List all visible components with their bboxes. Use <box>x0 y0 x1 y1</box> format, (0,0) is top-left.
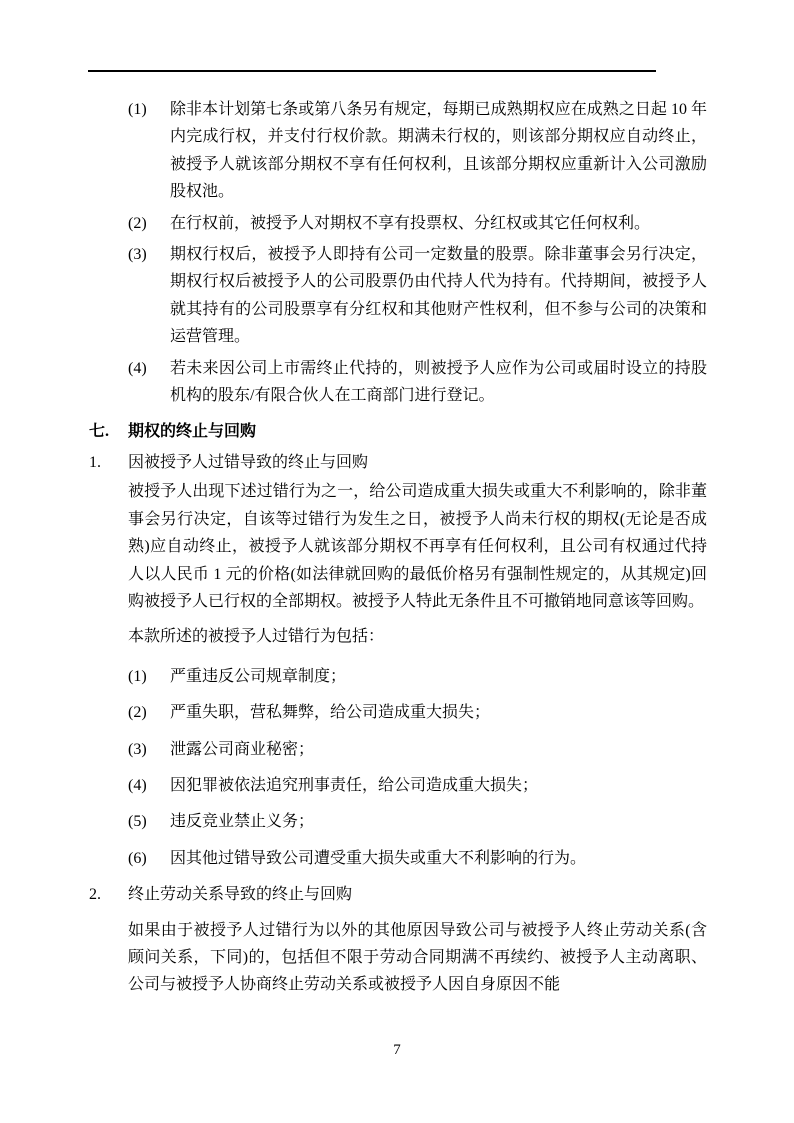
document-page: (1) 除非本计划第七条或第八条另有规定，每期已成熟期权应在成熟之日起 10 年… <box>0 0 794 1123</box>
page-number: 7 <box>0 1040 794 1060</box>
list-item-marker: (5) <box>128 808 170 835</box>
list-item: (6) 因其他过错导致公司遭受重大损失或重大不利影响的行为。 <box>128 845 707 872</box>
list-item-marker: (4) <box>128 772 170 799</box>
subsection-marker: 1. <box>89 449 128 476</box>
list-item-marker: (3) <box>128 241 170 351</box>
subsection-title: 终止劳动关系导致的终止与回购 <box>128 881 707 908</box>
subsection-title: 因被授予人过错导致的终止与回购 <box>128 449 707 476</box>
list-item-marker: (3) <box>128 736 170 763</box>
list-item: (2) 在行权前，被授予人对期权不享有投票权、分红权或其它任何权利。 <box>128 210 707 237</box>
list-item-marker: (1) <box>128 96 170 206</box>
list-item: (4) 因犯罪被依法追究刑事责任，给公司造成重大损失； <box>128 772 707 799</box>
list-item: (3) 期权行权后，被授予人即持有公司一定数量的股票。除非董事会另行决定，期权行… <box>128 241 707 351</box>
list-item-marker: (6) <box>128 845 170 872</box>
header-rule <box>88 70 656 72</box>
list-item-marker: (2) <box>128 210 170 237</box>
list-item: (5) 违反竞业禁止义务； <box>128 808 707 835</box>
list-item-marker: (1) <box>128 663 170 690</box>
section-heading-title: 期权的终止与回购 <box>128 418 707 445</box>
list-item-text: 违反竞业禁止义务； <box>170 808 707 835</box>
list-item: (1) 除非本计划第七条或第八条另有规定，每期已成熟期权应在成熟之日起 10 年… <box>128 96 707 206</box>
list-item-text: 严重违反公司规章制度； <box>170 663 707 690</box>
subsection-heading: 2. 终止劳动关系导致的终止与回购 <box>89 881 707 908</box>
list-item-text: 除非本计划第七条或第八条另有规定，每期已成熟期权应在成熟之日起 10 年内完成行… <box>170 96 707 206</box>
section-heading: 七. 期权的终止与回购 <box>89 418 707 445</box>
body-paragraph: 被授予人出现下述过错行为之一，给公司造成重大损失或重大不利影响的，除非董事会另行… <box>128 478 707 615</box>
list-item-text: 若未来因公司上市需终止代持的，则被授予人应作为公司或届时设立的持股机构的股东/有… <box>170 355 707 410</box>
body-paragraph: 如果由于被授予人过错行为以外的其他原因导致公司与被授予人终止劳动关系(含顾问关系… <box>128 917 707 999</box>
subsection-heading: 1. 因被授予人过错导致的终止与回购 <box>89 449 707 476</box>
list-item: (4) 若未来因公司上市需终止代持的，则被授予人应作为公司或届时设立的持股机构的… <box>128 355 707 410</box>
body-paragraph: 本款所述的被授予人过错行为包括： <box>128 623 707 650</box>
list-item-text: 期权行权后，被授予人即持有公司一定数量的股票。除非董事会另行决定，期权行权后被授… <box>170 241 707 351</box>
list-item-text: 在行权前，被授予人对期权不享有投票权、分红权或其它任何权利。 <box>170 210 707 237</box>
list-item-text: 严重失职，营私舞弊，给公司造成重大损失； <box>170 699 707 726</box>
document-content: (1) 除非本计划第七条或第八条另有规定，每期已成熟期权应在成熟之日起 10 年… <box>89 96 707 999</box>
list-item-marker: (2) <box>128 699 170 726</box>
section-heading-marker: 七. <box>89 418 128 445</box>
subsection-marker: 2. <box>89 881 128 908</box>
list-item: (2) 严重失职，营私舞弊，给公司造成重大损失； <box>128 699 707 726</box>
list-item-marker: (4) <box>128 355 170 410</box>
list-item-text: 因犯罪被依法追究刑事责任，给公司造成重大损失； <box>170 772 707 799</box>
list-item-text: 泄露公司商业秘密； <box>170 736 707 763</box>
list-item: (3) 泄露公司商业秘密； <box>128 736 707 763</box>
list-item-text: 因其他过错导致公司遭受重大损失或重大不利影响的行为。 <box>170 845 707 872</box>
list-item: (1) 严重违反公司规章制度； <box>128 663 707 690</box>
